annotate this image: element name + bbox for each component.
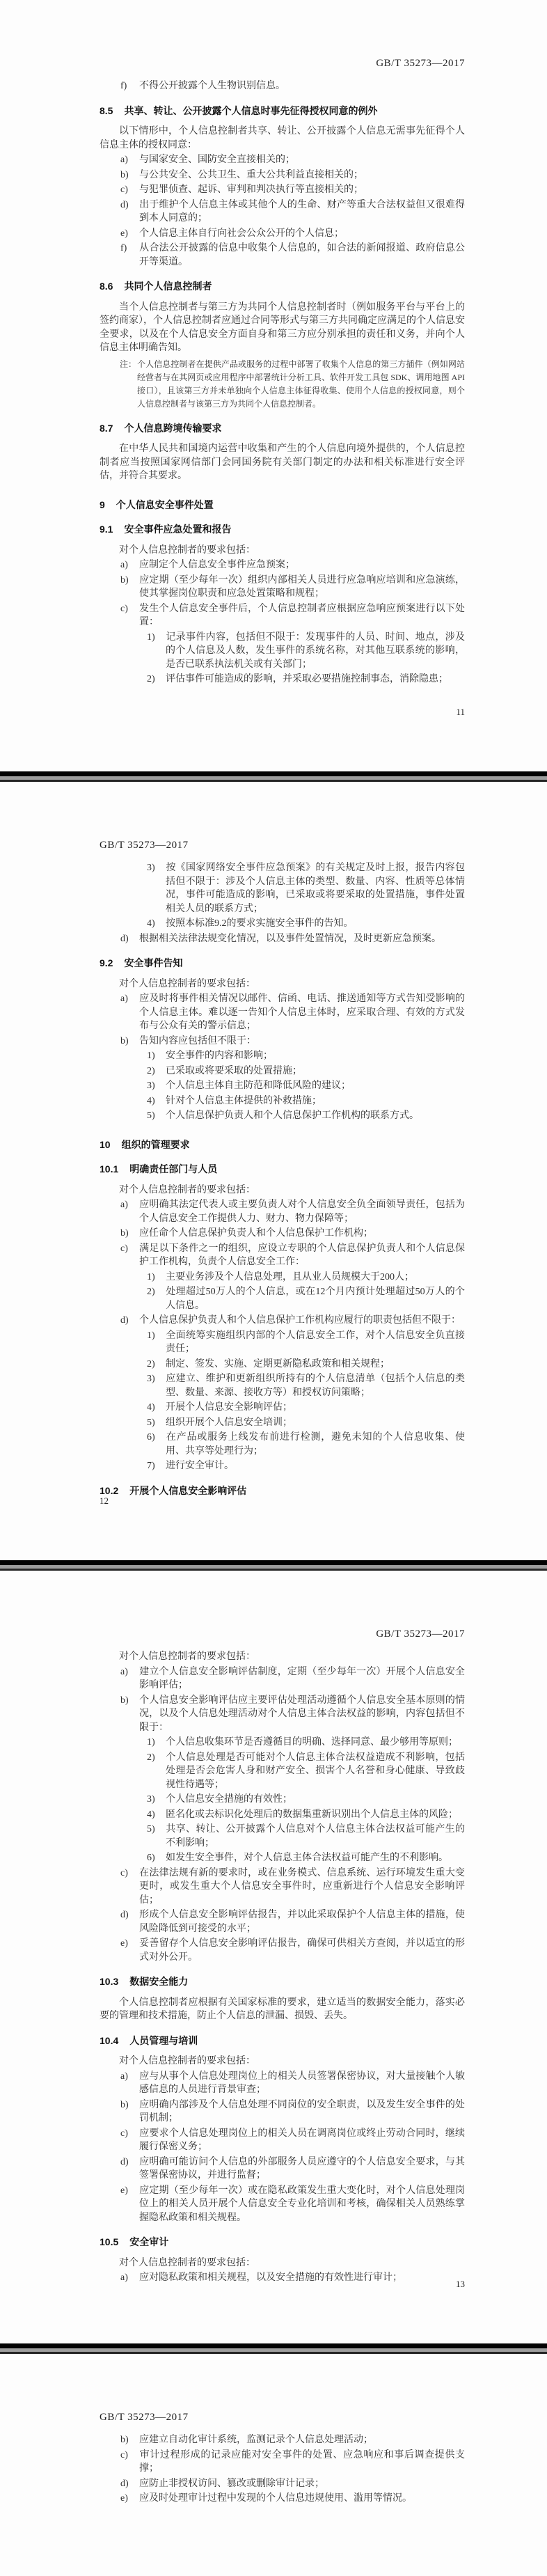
list-item-letter: b)应任命个人信息保护负责人和个人信息保护工作机构； <box>100 1227 465 1241</box>
list-item-number: 1)安全事件的内容和影响； <box>100 1049 465 1063</box>
list-item-letter: f)不得公开披露个人生物识别信息。 <box>100 79 465 93</box>
item-text: 按《国家网络安全事件应急预案》的有关规定及时上报，报告内容包括但不限于：涉及个人… <box>166 863 465 914</box>
item-text: 建立个人信息安全影响评估制度，定期（至少每年一次）开展个人信息安全影响评估； <box>139 1667 465 1691</box>
item-label: b) <box>120 2098 139 2112</box>
item-text: 共享、转让、公开披露个人信息对个人信息主体合法权益可能产生的不利影响； <box>166 1824 465 1848</box>
item-text: 发生个人信息安全事件后，个人信息控制者应根据应急响应预案进行以下处置： <box>139 604 465 628</box>
item-label: 3) <box>147 861 166 875</box>
list-item-letter: c)与犯罪侦查、起诉、审判和判决执行等直接相关的； <box>100 183 465 197</box>
heading-number: 8.5 <box>100 105 113 116</box>
section-heading: 10.1明确责任部门与人员 <box>100 1163 465 1177</box>
item-label: a) <box>120 153 139 167</box>
heading-number: 10.4 <box>100 2035 118 2046</box>
item-label: 4) <box>147 917 166 931</box>
item-text: 安全事件的内容和影响； <box>166 1051 273 1061</box>
item-text: 个人信息保护负责人和个人信息保护工作机构的联系方式。 <box>166 1110 419 1121</box>
item-text: 全面统筹实施组织内部的个人信息安全工作，对个人信息安全负直接责任； <box>166 1330 465 1355</box>
item-text: 应及时处理审计过程中发现的个人信息违规使用、滥用等情况。 <box>139 2493 412 2504</box>
list-item-letter: b)应定期（至少每年一次）组织内部相关人员进行应急响应培训和应急演练，使其掌握岗… <box>100 574 465 601</box>
heading-title: 安全事件应急处置和报告 <box>124 524 231 535</box>
item-label: d) <box>120 198 139 212</box>
item-label: a) <box>120 2070 139 2084</box>
item-text: 处理超过50万人的个人信息，或在12个月内预计处理超过50万人的个人信息。 <box>166 1287 465 1311</box>
heading-number: 9 <box>100 499 105 510</box>
list-item-number: 2)处理超过50万人的个人信息，或在12个月内预计处理超过50万人的个人信息。 <box>100 1285 465 1312</box>
heading-number: 9.1 <box>100 524 113 535</box>
item-label: 3) <box>147 1793 166 1807</box>
item-text: 不得公开披露个人生物识别信息。 <box>139 81 285 91</box>
list-item-letter: a)应明确其法定代表人或主要负责人对个人信息安全负全面领导责任，包括为个人信息安… <box>100 1198 465 1225</box>
heading-title: 个人信息安全事件处置 <box>116 499 214 510</box>
list-item-number: 2)个人信息处理是否可能对个人信息主体合法权益造成不利影响，包括处理是否会危害人… <box>100 1751 465 1792</box>
item-label: 1) <box>147 1736 166 1750</box>
section-heading: 10.5安全审计 <box>100 2236 465 2249</box>
item-text: 个人信息安全影响评估应主要评估处理活动遵循个人信息安全基本原则的情况，以及个人信… <box>139 1695 465 1733</box>
item-label: b) <box>120 168 139 182</box>
list-item-number: 3)应建立、维护和更新组织所持有的个人信息清单（包括个人信息的类型、数量、来源、… <box>100 1372 465 1399</box>
heading-number: 8.7 <box>100 423 113 434</box>
chapter-heading: 9个人信息安全事件处置 <box>100 498 465 512</box>
heading-number: 10.3 <box>100 1976 118 1987</box>
note-text: 个人信息控制者在提供产品或服务的过程中部署了收集个人信息的第三方插件（例如网站经… <box>137 359 465 409</box>
item-text: 组织开展个人信息安全培训； <box>166 1417 292 1428</box>
item-label: a) <box>120 1198 139 1212</box>
item-label: a) <box>120 1665 139 1679</box>
item-text: 主要业务涉及个人信息处理，且从业人员规模大于200人； <box>166 1272 414 1282</box>
doc-page-13: GB/T 35273—2017对个人信息控制者的要求包括：a)建立个人信息安全影… <box>0 1571 547 2343</box>
page-number: 13 <box>100 2279 465 2289</box>
heading-number: 10 <box>100 1139 111 1150</box>
paragraph: 当个人信息控制者与第三方为共同个人信息控制者时（例如服务平台与平台上的签约商家）… <box>100 301 465 355</box>
heading-title: 共同个人信息控制者 <box>124 281 212 292</box>
item-label: c) <box>120 602 139 616</box>
heading-number: 10.1 <box>100 1163 118 1175</box>
list-item-letter: d)出于维护个人信息主体或其他个人的生命、财产等重大合法权益但又很难得到本人同意… <box>100 198 465 226</box>
item-text: 应任命个人信息保护负责人和个人信息保护工作机构； <box>139 1228 373 1239</box>
item-label: 6) <box>147 1851 166 1865</box>
heading-title: 安全事件告知 <box>124 957 182 968</box>
list-item-letter: c)满足以下条件之一的组织，应设立专职的个人信息保护负责人和个人信息保护工作机构… <box>100 1242 465 1269</box>
list-item-letter: b)与公共安全、公共卫生、重大公共利益直接相关的； <box>100 168 465 182</box>
list-item-letter: d)形成个人信息安全影响评估报告，并以此采取保护个人信息主体的措施，使风险降低到… <box>100 1908 465 1935</box>
paragraph: 个人信息控制者应根据有关国家标准的要求，建立适当的数据安全能力，落实必要的管理和… <box>100 1996 465 2023</box>
heading-title: 安全审计 <box>129 2236 168 2247</box>
list-item-letter: e)个人信息主体自行向社会公众公开的个人信息； <box>100 227 465 241</box>
item-label: 4) <box>147 1808 166 1822</box>
item-text: 如发生安全事件，对个人信息主体合法权益可能产生的不利影响。 <box>166 1853 448 1863</box>
standard-code-label: GB/T 35273—2017 <box>376 58 465 69</box>
item-text: 记录事件内容，包括但不限于：发现事件的人员、时间、地点，涉及的个人信息及人数，发… <box>166 632 465 670</box>
paragraph: 对个人信息控制者的要求包括： <box>100 1184 465 1197</box>
item-text: 个人信息保护负责人和个人信息保护工作机构应履行的职责包括但不限于： <box>139 1315 461 1326</box>
item-label: 5) <box>147 1416 166 1430</box>
list-item-number: 2)评估事件可能造成的影响，并采取必要措施控制事态，消除隐患； <box>100 673 465 686</box>
item-text: 应建立、维护和更新组织所持有的个人信息清单（包括个人信息的类型、数量、来源、接收… <box>166 1374 465 1398</box>
list-item-letter: c)应要求个人信息处理岗位上的相关人员在调离岗位或终止劳动合同时，继续履行保密义… <box>100 2127 465 2154</box>
item-text: 匿名化或去标识化处理后的数据集重新识别出个人信息主体的风险； <box>166 1809 458 1820</box>
page-number: 11 <box>100 707 465 717</box>
heading-title: 数据安全能力 <box>129 1976 188 1987</box>
item-text: 与犯罪侦查、起诉、审判和判决执行等直接相关的； <box>139 184 363 195</box>
section-heading: 8.5共享、转让、公开披露个人信息时事先征得授权同意的例外 <box>100 104 465 118</box>
page-header: GB/T 35273—2017 <box>100 1629 465 1639</box>
page-break-divider <box>0 2343 547 2354</box>
item-label: 1) <box>147 1329 166 1343</box>
item-text: 应与从事个人信息处理岗位上的相关人员签署保密协议，对大量接触个人敏感信息的人员进… <box>139 2071 465 2096</box>
list-item-number: 1)个人信息收集环节是否遵循目的明确、选择同意、最少够用等原则； <box>100 1736 465 1750</box>
page-break-divider <box>0 1560 547 1571</box>
list-item-letter: b)应明确内部涉及个人信息处理不同岗位的安全职责，以及发生安全事件的处罚机制； <box>100 2098 465 2126</box>
list-item-letter: e)应定期（至少每年一次）或在隐私政策发生重大变化时，对个人信息处理岗位上的相关… <box>100 2184 465 2225</box>
list-item-letter: d)应防止非授权访问、篡改或删除审计记录； <box>100 2477 465 2491</box>
list-item-number: 1)记录事件内容，包括但不限于：发现事件的人员、时间、地点，涉及的个人信息及人数… <box>100 631 465 672</box>
standard-code-label: GB/T 35273—2017 <box>376 1628 465 1640</box>
item-label: 2) <box>147 1358 166 1372</box>
item-label: a) <box>120 992 139 1006</box>
item-label: 3) <box>147 1079 166 1093</box>
item-label: 2) <box>147 1751 166 1765</box>
section-heading: 8.7个人信息跨境传输要求 <box>100 422 465 436</box>
list-item-number: 1)主要业务涉及个人信息处理，且从业人员规模大于200人； <box>100 1271 465 1285</box>
item-label: d) <box>120 1314 139 1328</box>
list-item-letter: c)在法律法规有新的要求时，或在业务模式、信息系统、运行环境发生重大变更时，或发… <box>100 1867 465 1908</box>
item-text: 应明确内部涉及个人信息处理不同岗位的安全职责，以及发生安全事件的处罚机制； <box>139 2100 465 2124</box>
standard-code-label: GB/T 35273—2017 <box>100 2412 189 2423</box>
item-label: b) <box>120 1694 139 1708</box>
list-item-number: 6)在产品或服务上线发布前进行检测，避免未知的个人信息收集、使用、共享等处理行为… <box>100 1431 465 1458</box>
list-item-letter: a)与国家安全、国防安全直接相关的； <box>100 153 465 167</box>
item-label: 2) <box>147 1065 166 1078</box>
paragraph: 对个人信息控制者的要求包括： <box>100 2256 465 2270</box>
item-text: 应防止非授权访问、篡改或删除审计记录； <box>139 2479 324 2489</box>
list-item-number: 3)个人信息主体自主防范和降低风险的建议； <box>100 1079 465 1093</box>
list-item-letter: e)应及时处理审计过程中发现的个人信息违规使用、滥用等情况。 <box>100 2492 465 2506</box>
list-item-letter: b)告知内容应包括但不限于： <box>100 1035 465 1049</box>
item-text: 告知内容应包括但不限于： <box>139 1036 256 1046</box>
item-text: 个人信息主体自主防范和降低风险的建议； <box>166 1081 351 1091</box>
item-text: 个人信息处理是否可能对个人信息主体合法权益造成不利影响，包括处理是否会危害人身和… <box>166 1752 465 1790</box>
list-item-number: 4)匿名化或去标识化处理后的数据集重新识别出个人信息主体的风险； <box>100 1808 465 1822</box>
list-item-letter: b)应建立自动化审计系统，监测记录个人信息处理活动； <box>100 2433 465 2447</box>
item-label: e) <box>120 227 139 241</box>
item-text: 满足以下条件之一的组织，应设立专职的个人信息保护负责人和个人信息保护工作机构，负… <box>139 1243 465 1268</box>
item-label: 1) <box>147 631 166 645</box>
list-item-letter: e)妥善留存个人信息安全影响评估报告，确保可供相关方查阅，并以适宜的形式对外公开… <box>100 1937 465 1964</box>
note: 注：个人信息控制者在提供产品或服务的过程中部署了收集个人信息的第三方插件（例如网… <box>100 358 465 411</box>
item-label: b) <box>120 2433 139 2447</box>
item-label: e) <box>120 2492 139 2506</box>
list-item-letter: f)从合法公开披露的信息中收集个人信息的，如合法的新闻报道、政府信息公开等渠道。 <box>100 242 465 269</box>
item-text: 按照本标准9.2的要求实施安全事件的告知。 <box>166 918 354 929</box>
list-item-letter: d)个人信息保护负责人和个人信息保护工作机构应履行的职责包括但不限于： <box>100 1314 465 1328</box>
section-heading: 9.1安全事件应急处置和报告 <box>100 523 465 537</box>
doc-page-11: GB/T 35273—2017f)不得公开披露个人生物识别信息。8.5共享、转让… <box>0 0 547 771</box>
list-item-number: 4)开展个人信息安全影响评估； <box>100 1401 465 1415</box>
chapter-heading: 10组织的管理要求 <box>100 1138 465 1152</box>
item-label: 4) <box>147 1401 166 1415</box>
item-text: 针对个人信息主体提供的补救措施； <box>166 1096 322 1106</box>
list-item-letter: c)发生个人信息安全事件后，个人信息控制者应根据应急响应预案进行以下处置： <box>100 602 465 629</box>
item-label: c) <box>120 1242 139 1256</box>
item-text: 应定期（至少每年一次）或在隐私政策发生重大变化时，对个人信息处理岗位上的相关人员… <box>139 2185 465 2223</box>
heading-title: 明确责任部门与人员 <box>129 1163 217 1175</box>
paragraph: 对个人信息控制者的要求包括： <box>100 977 465 991</box>
item-text: 应要求个人信息处理岗位上的相关人员在调离岗位或终止劳动合同时，继续履行保密义务； <box>139 2128 465 2153</box>
list-item-letter: a)应与从事个人信息处理岗位上的相关人员签署保密协议，对大量接触个人敏感信息的人… <box>100 2070 465 2097</box>
item-label: 5) <box>147 1109 166 1123</box>
list-item-letter: c)审计过程形成的记录应能对安全事件的处置、应急响应和事后调查提供支撑； <box>100 2449 465 2476</box>
list-item-number: 4)针对个人信息主体提供的补救措施； <box>100 1094 465 1108</box>
item-text: 应及时将事件相关情况以邮件、信函、电话、推送通知等方式告知受影响的个人信息主体。… <box>139 994 465 1031</box>
item-label: 7) <box>147 1459 166 1473</box>
item-text: 应明确其法定代表人或主要负责人对个人信息安全负全面领导责任，包括为个人信息安全工… <box>139 1200 465 1224</box>
note-label: 注： <box>120 358 137 371</box>
item-label: 4) <box>147 1094 166 1108</box>
list-item-letter: b)个人信息安全影响评估应主要评估处理活动遵循个人信息安全基本原则的情况，以及个… <box>100 1694 465 1735</box>
paragraph: 对个人信息控制者的要求包括： <box>100 1650 465 1664</box>
heading-number: 8.6 <box>100 281 113 292</box>
item-label: e) <box>120 1937 139 1951</box>
item-text: 在产品或服务上线发布前进行检测，避免未知的个人信息收集、使用、共享等处理行为； <box>166 1432 465 1456</box>
item-label: d) <box>120 2155 139 2169</box>
doc-page-12: GB/T 35273—20173)按《国家网络安全事件应急预案》的有关规定及时上… <box>0 782 547 1560</box>
item-text: 从合法公开披露的信息中收集个人信息的，如合法的新闻报道、政府信息公开等渠道。 <box>139 243 465 267</box>
item-label: f) <box>120 79 139 93</box>
item-label: c) <box>120 2449 139 2463</box>
heading-title: 共享、转让、公开披露个人信息时事先征得授权同意的例外 <box>124 105 377 116</box>
item-text: 已采取或将要采取的处置措施； <box>166 1066 302 1076</box>
list-item-number: 3)按《国家网络安全事件应急预案》的有关规定及时上报，报告内容包括但不限于：涉及… <box>100 861 465 916</box>
page-number: 12 <box>100 1496 465 1506</box>
item-label: b) <box>120 1227 139 1241</box>
section-heading: 8.6共同个人信息控制者 <box>100 280 465 294</box>
item-label: 1) <box>147 1271 166 1285</box>
item-label: 3) <box>147 1372 166 1386</box>
item-label: c) <box>120 2127 139 2141</box>
list-item-letter: a)建立个人信息安全影响评估制度，定期（至少每年一次）开展个人信息安全影响评估； <box>100 1665 465 1693</box>
heading-title: 个人信息跨境传输要求 <box>124 423 221 434</box>
item-text: 应定期（至少每年一次）组织内部相关人员进行应急响应培训和应急演练，使其掌握岗位职… <box>139 575 465 599</box>
item-label: d) <box>120 2477 139 2491</box>
item-text: 审计过程形成的记录应能对安全事件的处置、应急响应和事后调查提供支撑； <box>139 2450 465 2474</box>
item-text: 开展个人信息安全影响评估； <box>166 1402 292 1413</box>
item-text: 应明确可能访问个人信息的外部服务人员应遵守的个人信息安全要求，与其签署保密协议，… <box>139 2157 465 2181</box>
paragraph: 对个人信息控制者的要求包括： <box>100 2055 465 2068</box>
section-heading: 10.4人员管理与培训 <box>100 2034 465 2048</box>
list-item-number: 4)按照本标准9.2的要求实施安全事件的告知。 <box>100 917 465 931</box>
list-item-number: 2)已采取或将要采取的处置措施； <box>100 1065 465 1078</box>
item-label: 2) <box>147 1285 166 1299</box>
list-item-number: 3)个人信息安全措施的有效性； <box>100 1793 465 1807</box>
item-label: 5) <box>147 1823 166 1837</box>
page-header: GB/T 35273—2017 <box>100 2412 465 2422</box>
list-item-number: 5)个人信息保护负责人和个人信息保护工作机构的联系方式。 <box>100 1109 465 1123</box>
list-item-number: 5)共享、转让、公开披露个人信息对个人信息主体合法权益可能产生的不利影响； <box>100 1823 465 1850</box>
item-label: c) <box>120 183 139 197</box>
heading-title: 人员管理与培训 <box>129 2035 198 2046</box>
doc-page-partial: GB/T 35273—2017b)应建立自动化审计系统，监测记录个人信息处理活动… <box>0 2354 547 2576</box>
item-label: f) <box>120 242 139 256</box>
page-header: GB/T 35273—2017 <box>100 840 465 850</box>
list-item-number: 6)如发生安全事件，对个人信息主体合法权益可能产生的不利影响。 <box>100 1851 465 1865</box>
list-item-number: 2)制定、签发、实施、定期更新隐私政策和相关规程； <box>100 1358 465 1372</box>
item-text: 个人信息收集环节是否遵循目的明确、选择同意、最少够用等原则； <box>166 1737 458 1748</box>
heading-title: 开展个人信息安全影响评估 <box>129 1485 246 1496</box>
item-label: b) <box>120 574 139 588</box>
item-label: d) <box>120 932 139 946</box>
item-label: 6) <box>147 1431 166 1445</box>
section-heading: 10.3数据安全能力 <box>100 1975 465 1989</box>
list-item-letter: d)应明确可能访问个人信息的外部服务人员应遵守的个人信息安全要求，与其签署保密协… <box>100 2155 465 2183</box>
item-label: 2) <box>147 673 166 686</box>
item-text: 应制定个人信息安全事件应急预案； <box>139 560 295 570</box>
list-item-number: 7)进行安全审计。 <box>100 1459 465 1473</box>
section-heading: 9.2安全事件告知 <box>100 957 465 971</box>
item-label: a) <box>120 558 139 572</box>
item-text: 根据相关法律法规变化情况，以及事件处置情况，及时更新应急预案。 <box>139 934 441 944</box>
standard-code-label: GB/T 35273—2017 <box>100 840 189 851</box>
list-item-letter: a)应及时将事件相关情况以邮件、信函、电话、推送通知等方式告知受影响的个人信息主… <box>100 992 465 1033</box>
item-text: 形成个人信息安全影响评估报告，并以此采取保护个人信息主体的措施，使风险降低到可接… <box>139 1910 465 1934</box>
heading-number: 10.2 <box>100 1485 118 1496</box>
item-text: 与公共安全、公共卫生、重大公共利益直接相关的； <box>139 170 363 180</box>
paragraph: 在中华人民共和国境内运营中收集和产生的个人信息向境外提供的，个人信息控制者应当按… <box>100 442 465 483</box>
item-text: 个人信息安全措施的有效性； <box>166 1794 292 1805</box>
item-text: 进行安全审计。 <box>166 1461 234 1471</box>
heading-number: 9.2 <box>100 957 113 968</box>
item-label: d) <box>120 1908 139 1922</box>
item-text: 与国家安全、国防安全直接相关的； <box>139 155 295 165</box>
item-text: 制定、签发、实施、定期更新隐私政策和相关规程； <box>166 1359 390 1369</box>
item-text: 妥善留存个人信息安全影响评估报告，确保可供相关方查阅，并以适宜的形式对外公开。 <box>139 1938 465 1963</box>
item-label: e) <box>120 2184 139 2198</box>
list-item-number: 1)全面统筹实施组织内部的个人信息安全工作，对个人信息安全负直接责任； <box>100 1329 465 1356</box>
page-break-divider <box>0 771 547 782</box>
item-text: 评估事件可能造成的影响，并采取必要措施控制事态，消除隐患； <box>166 674 448 684</box>
item-label: 1) <box>147 1049 166 1063</box>
paragraph: 以下情形中，个人信息控制者共享、转让、公开披露个人信息无需事先征得个人信息主体的… <box>100 125 465 152</box>
item-text: 出于维护个人信息主体或其他个人的生命、财产等重大合法权益但又很难得到本人同意的； <box>139 200 465 224</box>
page-header: GB/T 35273—2017 <box>100 58 465 68</box>
document-scan: GB/T 35273—2017f)不得公开披露个人生物识别信息。8.5共享、转让… <box>0 0 547 2576</box>
item-label: b) <box>120 1035 139 1049</box>
heading-number: 10.5 <box>100 2236 118 2247</box>
item-text: 个人信息主体自行向社会公众公开的个人信息； <box>139 228 344 239</box>
item-label: c) <box>120 1867 139 1880</box>
item-text: 应建立自动化审计系统，监测记录个人信息处理活动； <box>139 2435 373 2445</box>
heading-title: 组织的管理要求 <box>122 1139 190 1150</box>
list-item-number: 5)组织开展个人信息安全培训； <box>100 1416 465 1430</box>
item-text: 在法律法规有新的要求时，或在业务模式、信息系统、运行环境发生重大变更时，或发生重… <box>139 1868 465 1906</box>
list-item-letter: a)应制定个人信息安全事件应急预案； <box>100 558 465 572</box>
paragraph: 对个人信息控制者的要求包括： <box>100 544 465 558</box>
list-item-letter: d)根据相关法律法规变化情况，以及事件处置情况，及时更新应急预案。 <box>100 932 465 946</box>
